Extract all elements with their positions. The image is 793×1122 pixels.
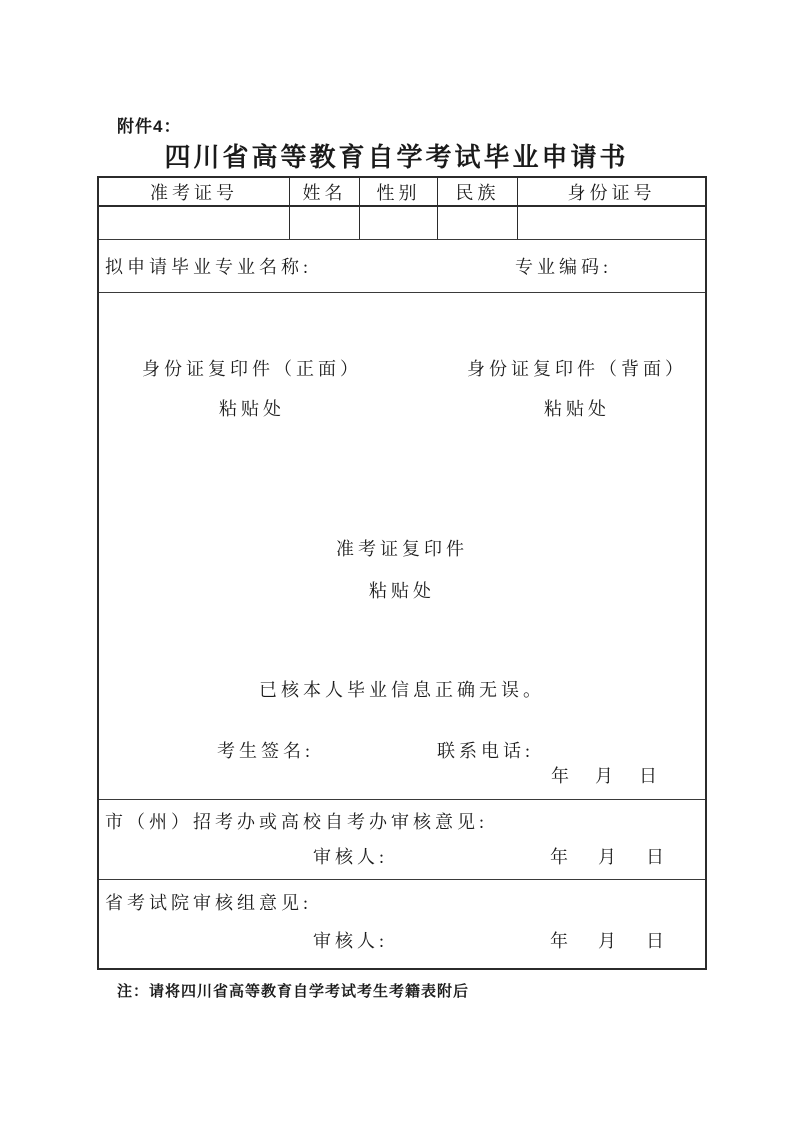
- date-day-label: 日: [639, 764, 661, 788]
- table-values-row: [99, 207, 705, 240]
- province-reviewer-label: 审核人:: [313, 929, 388, 953]
- col-header-admission-ticket: 准考证号: [99, 178, 290, 205]
- col-header-id-number: 身份证号: [518, 178, 705, 205]
- city-review-row: 市（州）招考办或高校自考办审核意见: 审核人: 年 月 日: [99, 800, 705, 880]
- application-form-table: 准考证号 姓名 性别 民族 身份证号 拟申请毕业专业名称: 专业编码: 身份证复…: [97, 176, 707, 970]
- confirmation-statement: 已核本人毕业信息正确无误。: [259, 678, 545, 702]
- candidate-signature-label: 考生签名:: [217, 739, 314, 763]
- date-month-label: 月: [598, 845, 620, 869]
- id-number-value-cell: [518, 207, 705, 239]
- id-front-paste-label: 粘贴处: [219, 397, 285, 421]
- province-review-row: 省考试院审核组意见: 审核人: 年 月 日: [99, 880, 705, 968]
- ticket-copy-label: 准考证复印件: [336, 537, 468, 561]
- city-review-date-placeholder: 年 月 日: [550, 845, 668, 869]
- page-title: 四川省高等教育自学考试毕业申请书: [0, 142, 793, 172]
- contact-phone-label: 联系电话:: [437, 739, 534, 763]
- col-header-name: 姓名: [290, 178, 360, 205]
- gender-value-cell: [360, 207, 438, 239]
- id-back-copy-label: 身份证复印件（背面）: [467, 357, 687, 381]
- table-header-row: 准考证号 姓名 性别 民族 身份证号: [99, 178, 705, 207]
- major-code-label: 专业编码:: [515, 253, 612, 279]
- city-review-heading: 市（州）招考办或高校自考办审核意见:: [105, 810, 488, 834]
- date-month-label: 月: [595, 764, 617, 788]
- admission-ticket-value-cell: [99, 207, 290, 239]
- ticket-paste-label: 粘贴处: [369, 579, 435, 603]
- major-row: 拟申请毕业专业名称: 专业编码:: [99, 240, 705, 293]
- province-review-date-placeholder: 年 月 日: [550, 929, 668, 953]
- col-header-ethnicity: 民族: [438, 178, 518, 205]
- col-header-gender: 性别: [360, 178, 438, 205]
- footer-note: 注：请将四川省高等教育自学考试考生考籍表附后: [117, 980, 469, 1001]
- document-page: 附件4： 四川省高等教育自学考试毕业申请书 准考证号 姓名 性别 民族 身份证号…: [0, 0, 793, 1122]
- city-reviewer-label: 审核人:: [313, 845, 388, 869]
- date-day-label: 日: [646, 929, 668, 953]
- date-year-label: 年: [551, 764, 573, 788]
- attachment-label: 附件4：: [117, 112, 181, 137]
- id-front-copy-label: 身份证复印件（正面）: [142, 357, 362, 381]
- major-name-label: 拟申请毕业专业名称:: [105, 253, 312, 279]
- province-review-heading: 省考试院审核组意见:: [105, 891, 312, 915]
- paste-area-cell: 身份证复印件（正面） 身份证复印件（背面） 粘贴处 粘贴处 准考证复印件 粘贴处…: [99, 293, 705, 800]
- date-month-label: 月: [598, 929, 620, 953]
- ethnicity-value-cell: [438, 207, 518, 239]
- candidate-date-placeholder: 年 月 日: [551, 764, 661, 788]
- date-day-label: 日: [646, 845, 668, 869]
- date-year-label: 年: [550, 845, 572, 869]
- name-value-cell: [290, 207, 360, 239]
- id-back-paste-label: 粘贴处: [544, 397, 610, 421]
- date-year-label: 年: [550, 929, 572, 953]
